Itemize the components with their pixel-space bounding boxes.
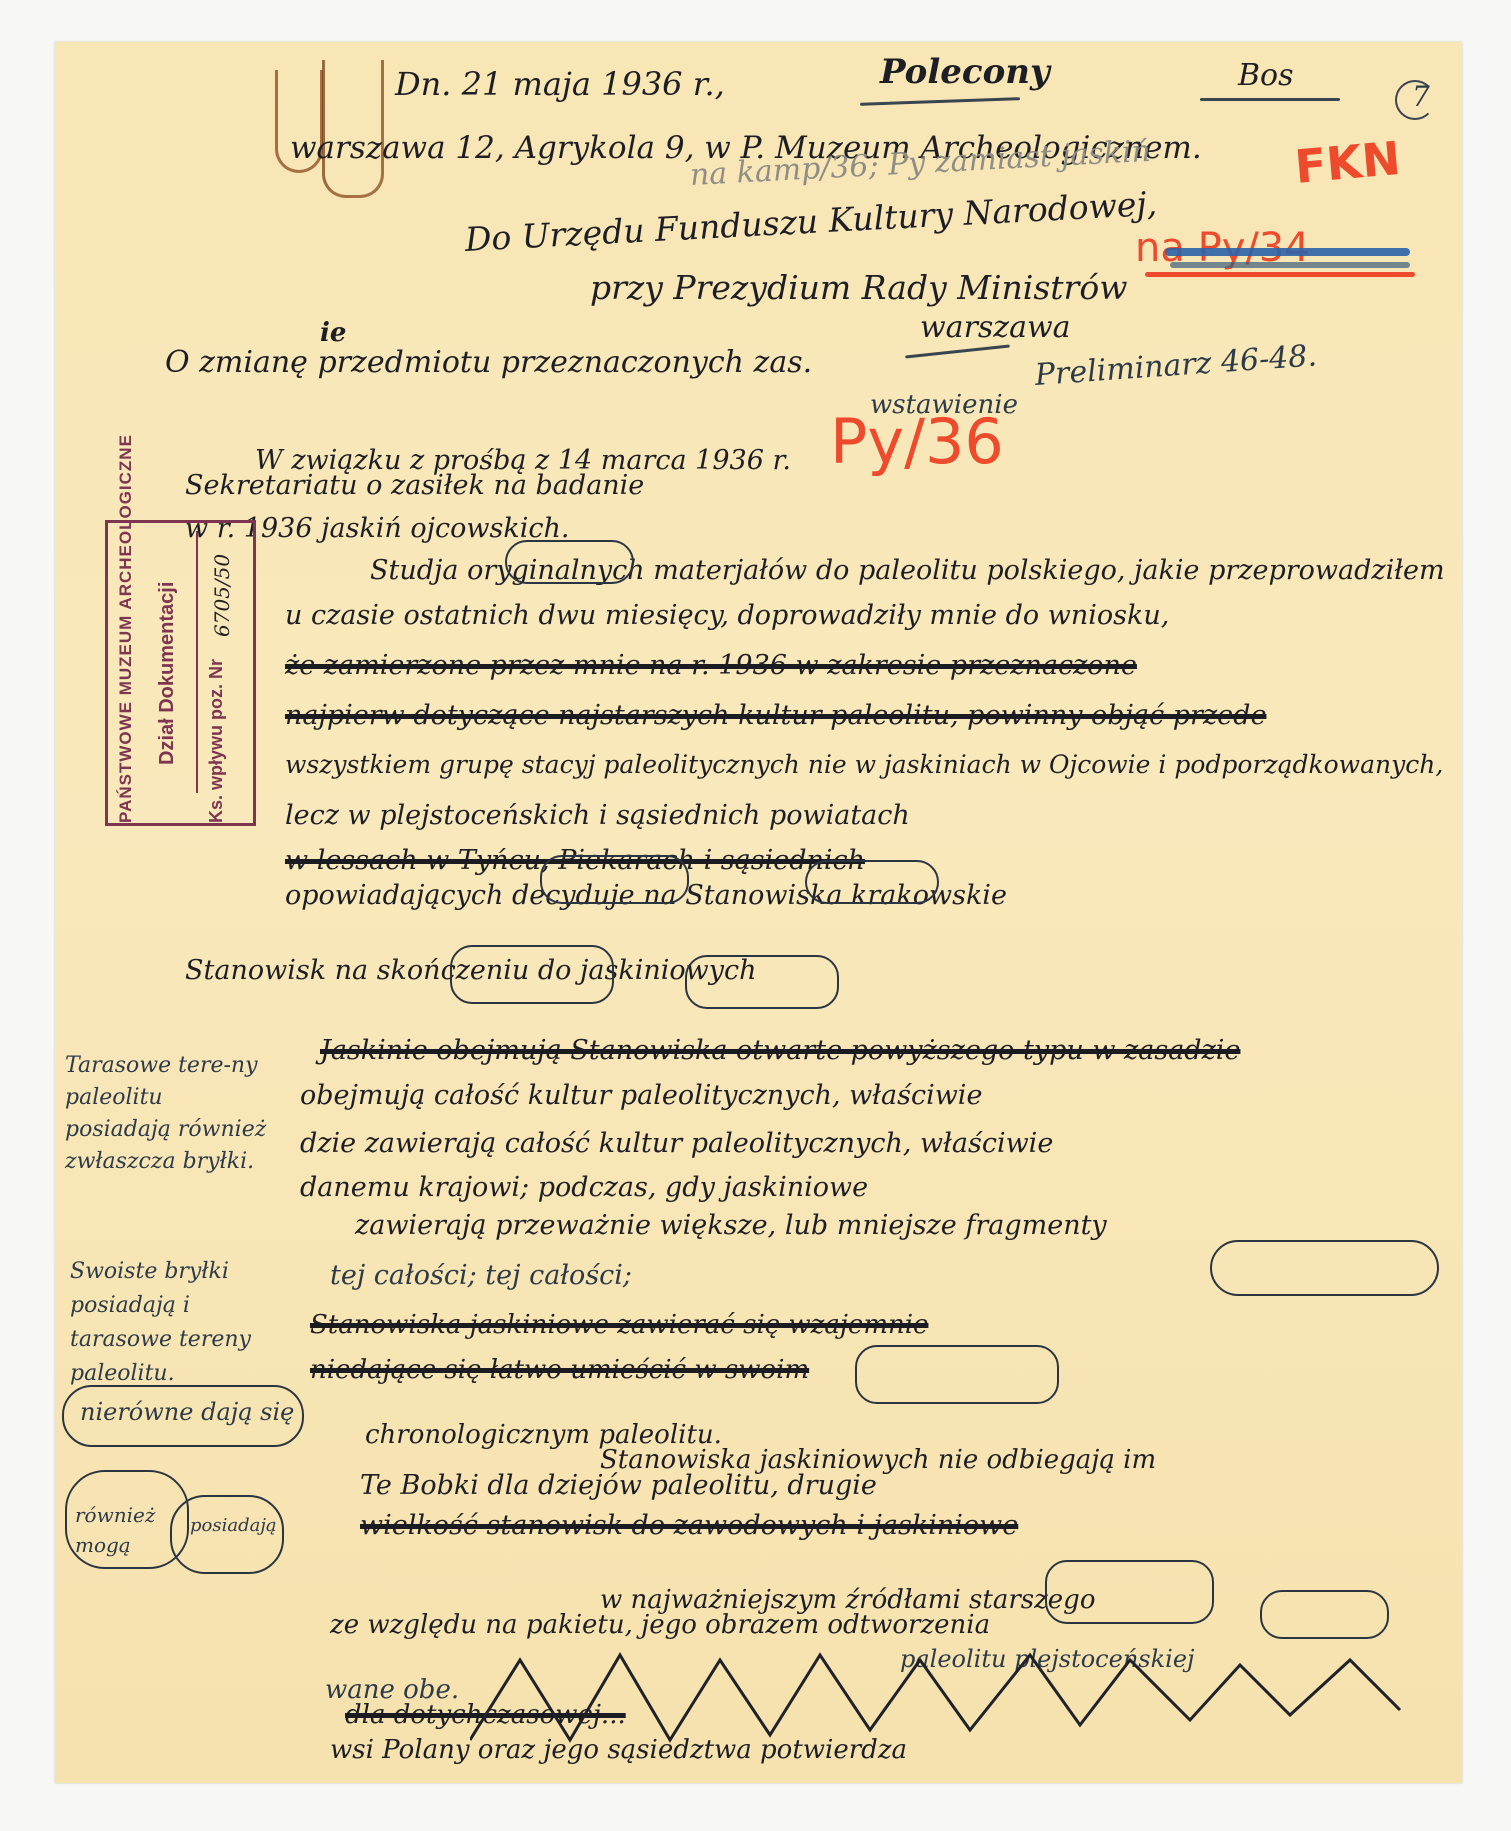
insertion-loop (855, 1345, 1059, 1404)
body-line: najpierw dotyczące najstarszych kultur p… (285, 700, 1266, 731)
body-line: dzie zawierają całość kultur paleolitycz… (300, 1128, 1053, 1159)
margin-note: Tarasowe tere-ny paleolitu posiadają rów… (65, 1050, 275, 1178)
body-line: ze względu na pakietu, jego obrazem odtw… (330, 1610, 990, 1640)
body-line: Stanowiska jaskiniowe zawierać się wzaje… (310, 1310, 928, 1340)
margin-note: posiadają (190, 1515, 277, 1536)
zigzag-cancellation-mark (470, 1640, 1430, 1760)
subject-insert: ie (320, 318, 346, 348)
insertion-loop (685, 955, 839, 1009)
red-fkn-annotation: FKN (1293, 131, 1403, 194)
margin-note-text: Tarasowe tere-ny paleolitu posiadają rów… (65, 1053, 266, 1174)
body-line: że zamierzone przez mnie na r. 1936 w za… (285, 650, 1137, 681)
body-line: wszystkiem grupę stacyj paleolitycznych … (285, 750, 1443, 779)
insertion-loop (1210, 1240, 1439, 1296)
stamp-department: Dział Dokumentacji (156, 523, 179, 823)
initials: Bos (1238, 58, 1294, 93)
margin-note: nierówne dają się (80, 1398, 294, 1426)
body-line: lecz w plejstoceńskich i sąsiednich powi… (285, 800, 910, 831)
paperclip-mark (322, 60, 384, 198)
recipient-city: warszawa (920, 310, 1071, 345)
registered-mark: Polecony (880, 52, 1050, 92)
blue-strike-line (1170, 262, 1410, 268)
insertion-loop (1260, 1590, 1389, 1639)
red-case-number: Py/36 (830, 405, 1004, 478)
body-line: Jaskinie obejmują Stanowiska otwarte pow… (320, 1035, 1240, 1066)
insertion-loop (805, 860, 939, 904)
stamp-divider (196, 531, 198, 793)
body-line: u czasie ostatnich dwu miesięcy, doprowa… (285, 600, 1169, 631)
stamp-institution: PAŃSTWOWE MUZEUM ARCHEOLOGICZNE (116, 523, 136, 823)
stamp-register-number: 6705/50 (210, 535, 234, 655)
initials-underline (1200, 98, 1340, 101)
letter-date: Dn. 21 maja 1936 r., (395, 65, 725, 103)
insertion-loop (505, 540, 634, 584)
archive-stamp: PAŃSTWOWE MUZEUM ARCHEOLOGICZNE Dział Do… (105, 520, 256, 826)
body-line: danemu krajowi; podczas, gdy jaskiniowe (300, 1172, 868, 1203)
body-line: Te Bobki dla dziejów paleolitu, drugie (360, 1470, 877, 1501)
insertion-loop (1045, 1560, 1214, 1624)
body-line: wielkość stanowisk do zawodowych i jaski… (360, 1510, 1018, 1541)
body-line: niedające się łatwo umieścić w swoim (310, 1355, 809, 1385)
reference-line-2: Sekretariatu o zasiłek na badanie (185, 470, 644, 501)
blue-strike-line (1165, 248, 1410, 256)
margin-note: również mogą (75, 1500, 175, 1560)
margin-note-text: Swoiste bryłki posiadają i tarasowe tere… (70, 1259, 251, 1386)
body-line: tej całości; tej całości; (330, 1260, 632, 1291)
recipient-line-2: przy Prezydium Rady Ministrów (590, 268, 1127, 307)
insertion-loop (450, 945, 614, 1004)
margin-note: Swoiste bryłki posiadają i tarasowe tere… (70, 1255, 280, 1391)
insertion-loop (540, 855, 689, 904)
red-strike-line (1145, 272, 1415, 277)
subject-line: O zmianę przedmiotu przeznaczonych zas. (165, 345, 812, 380)
body-line: obejmują całość kultur paleolitycznych, … (300, 1080, 982, 1111)
corner-number: 7 (1412, 80, 1430, 113)
stamp-register-label: Ks. wpływu poz. Nr (206, 663, 227, 823)
body-line: zawierają przeważnie większe, lub mniejs… (355, 1210, 1107, 1241)
